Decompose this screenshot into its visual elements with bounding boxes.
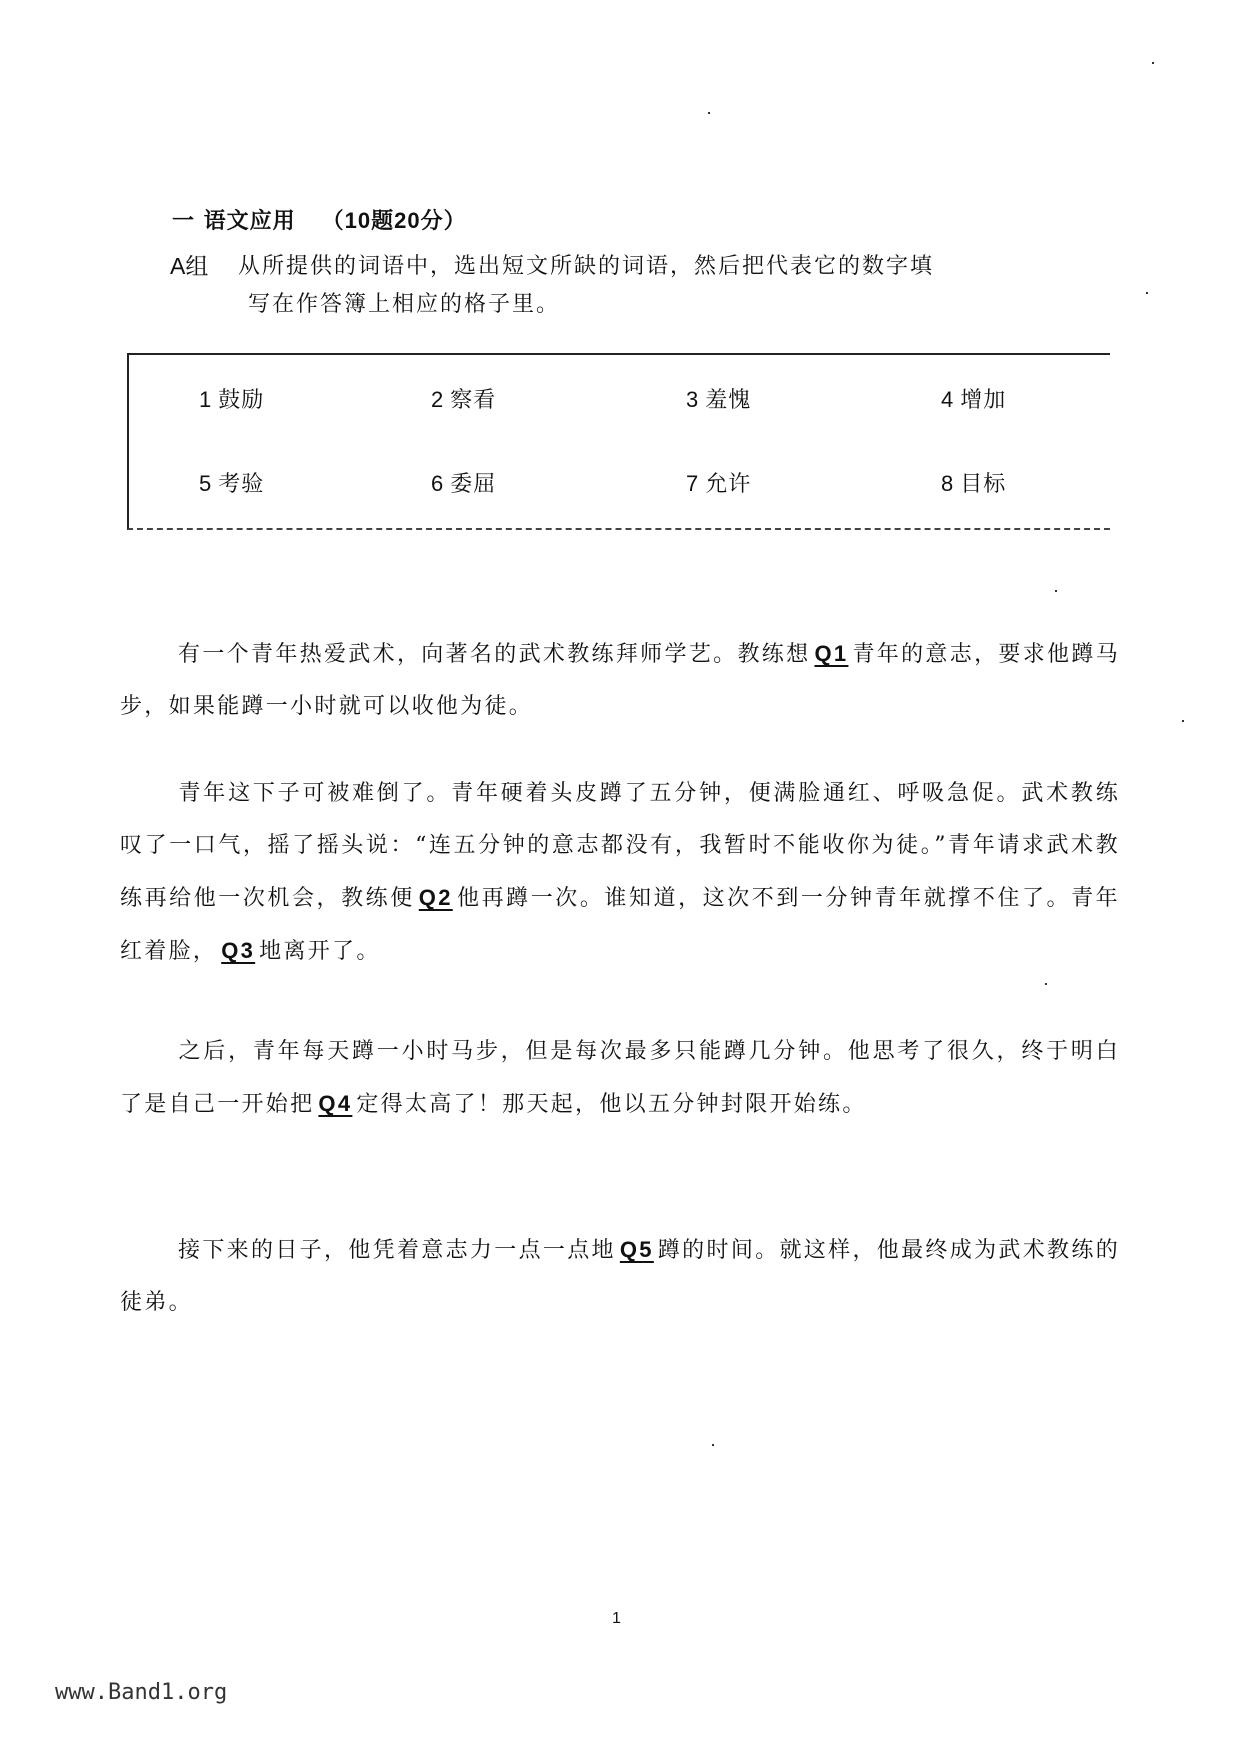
- blank-q5: Q5: [616, 1237, 658, 1262]
- passage-paragraph-2: 青年这下子可被难倒了。青年硬着头皮蹲了五分钟，便满脸通红、呼吸急促。武术教练叹了…: [120, 768, 1120, 978]
- blank-q4: Q4: [314, 1091, 356, 1116]
- paragraph-text: 地离开了。: [259, 939, 381, 964]
- instruction-line-2: 写在作答簿上相应的格子里。: [248, 287, 560, 318]
- word-bank-item: 5考验: [199, 467, 431, 511]
- scan-speck: [1152, 62, 1154, 64]
- word-bank-grid: 1鼓励 2察看 3羞愧 4增加 5考验 6委屈 7允许 8目标: [199, 383, 1099, 511]
- word-text: 目标: [960, 472, 1006, 497]
- word-text: 考验: [218, 472, 264, 497]
- page-number: 1: [612, 1610, 621, 1628]
- word-text: 察看: [450, 388, 496, 413]
- word-text: 增加: [960, 388, 1006, 413]
- scan-speck: [1055, 590, 1057, 592]
- scan-speck: [1045, 983, 1047, 985]
- paragraph-text: 有一个青年热爱武术，向著名的武术教练拜师学艺。教练想: [178, 642, 810, 667]
- word-number: 2: [431, 387, 444, 412]
- word-bank-item: 7允许: [686, 467, 941, 511]
- instruction-group-label: A组: [170, 248, 208, 281]
- scan-speck: [712, 1444, 714, 1446]
- word-bank-item: 4增加: [941, 383, 1099, 427]
- word-number: 8: [941, 471, 954, 496]
- passage-paragraph-1: 有一个青年热爱武术，向著名的武术教练拜师学艺。教练想Q1青年的意志，要求他蹲马步…: [120, 628, 1120, 733]
- passage-paragraph-4: 接下来的日子，他凭着意志力一点一点地Q5蹲的时间。就这样，他最终成为武术教练的徒…: [120, 1224, 1120, 1329]
- scan-speck: [1182, 720, 1184, 722]
- word-bank-item: 2察看: [431, 383, 686, 427]
- scan-speck: [708, 112, 710, 114]
- blank-q2: Q2: [415, 885, 457, 910]
- section-title-text: 一 语文应用: [172, 208, 296, 234]
- word-number: 5: [199, 471, 212, 496]
- word-number: 3: [686, 387, 699, 412]
- paragraph-text: 定得太高了！那天起，他以五分钟封限开始练。: [356, 1092, 866, 1117]
- word-text: 鼓励: [218, 388, 264, 413]
- passage-paragraph-3: 之后，青年每天蹲一小时马步，但是每次最多只能蹲几分钟。他思考了很久，终于明白了是…: [120, 1026, 1120, 1131]
- instruction-line-1: 从所提供的词语中，选出短文所缺的词语，然后把代表它的数字填: [238, 249, 934, 280]
- word-number: 6: [431, 471, 444, 496]
- word-text: 羞愧: [705, 388, 751, 413]
- word-number: 7: [686, 471, 699, 496]
- word-bank-item: 3羞愧: [686, 383, 941, 427]
- word-number: 4: [941, 387, 954, 412]
- word-text: 允许: [705, 472, 751, 497]
- section-title: 一 语文应用（10题20分）: [172, 204, 467, 235]
- word-bank-item: 6委屈: [431, 467, 686, 511]
- blank-q3: Q3: [217, 938, 259, 963]
- paragraph-text: 接下来的日子，他凭着意志力一点一点地: [178, 1238, 616, 1263]
- word-bank-item: 1鼓励: [199, 383, 431, 427]
- word-number: 1: [199, 387, 212, 412]
- footer-url: www.Band1.org: [55, 1680, 227, 1705]
- scan-speck: [1146, 292, 1148, 294]
- section-score: （10题20分）: [322, 208, 467, 233]
- word-bank-item: 8目标: [941, 467, 1099, 511]
- blank-q1: Q1: [810, 641, 852, 666]
- word-bank-box: 1鼓励 2察看 3羞愧 4增加 5考验 6委屈 7允许 8目标: [127, 353, 1110, 530]
- word-text: 委屈: [450, 472, 496, 497]
